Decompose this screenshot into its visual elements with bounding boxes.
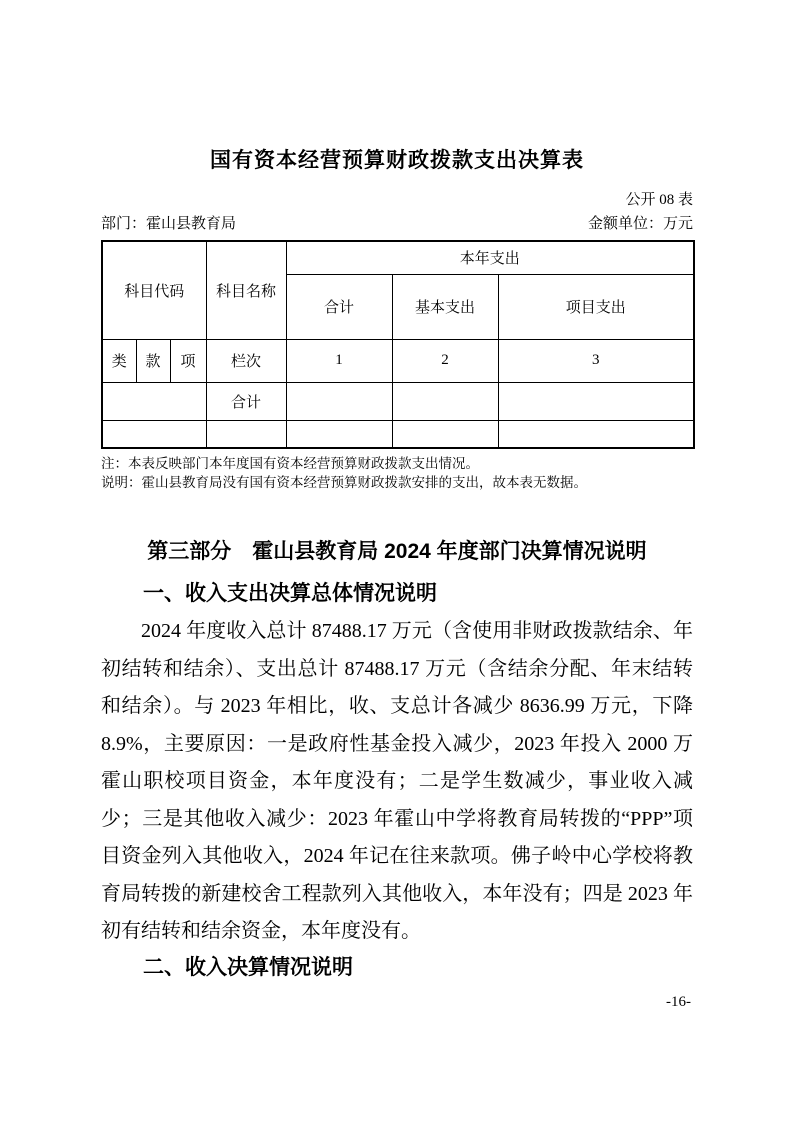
cell-code-total <box>102 382 206 420</box>
cell-project-empty <box>498 420 694 448</box>
table-row-empty <box>102 420 694 448</box>
section-heading-income-details: 二、收入决算情况说明 <box>101 953 693 983</box>
budget-expenditure-table: 科目代码 科目名称 本年支出 合计 基本支出 项目支出 类 款 项 栏次 1 2… <box>101 240 695 449</box>
table-lane-row: 类 款 项 栏次 1 2 3 <box>102 339 694 382</box>
table-title: 国有资本经营预算财政拨款支出决算表 <box>101 146 693 174</box>
cell-basic-value <box>392 382 498 420</box>
table-header-row-1: 科目代码 科目名称 本年支出 <box>102 241 694 274</box>
page-content: 国有资本经营预算财政拨款支出决算表 公开 08 表 部门：霍山县教育局 金额单位… <box>101 0 693 983</box>
header-basic-expenditure: 基本支出 <box>392 274 498 339</box>
header-project-expenditure: 项目支出 <box>498 274 694 339</box>
table-row-total: 合计 <box>102 382 694 420</box>
cell-project-value <box>498 382 694 420</box>
cell-total-empty <box>286 420 392 448</box>
document-page: 国有资本经营预算财政拨款支出决算表 公开 08 表 部门：霍山县教育局 金额单位… <box>0 0 793 1122</box>
table-remark-line: 说明：霍山县教育局没有国有资本经营预算财政拨款安排的支出，故本表无数据。 <box>101 474 693 493</box>
table-meta-row: 部门：霍山县教育局 金额单位：万元 <box>101 215 693 233</box>
header-subject-name: 科目名称 <box>206 241 286 339</box>
header-subject-code: 科目代码 <box>102 241 206 339</box>
section-heading-income-expenditure-overview: 一、收入支出决算总体情况说明 <box>101 579 693 609</box>
table-note-line: 注：本表反映部门本年度国有资本经营预算财政拨款支出情况。 <box>101 455 693 474</box>
lane-cell-col-1: 1 <box>286 339 392 382</box>
page-number: -16- <box>666 993 691 1011</box>
header-current-year-expenditure: 本年支出 <box>286 241 694 274</box>
department-label: 部门：霍山县教育局 <box>101 215 236 233</box>
table-notes: 注：本表反映部门本年度国有资本经营预算财政拨款支出情况。 说明：霍山县教育局没有… <box>101 455 693 492</box>
overview-paragraph: 2024 年度收入总计 87488.17 万元（含使用非财政拨款结余、年初结转和… <box>101 613 693 951</box>
cell-name-empty <box>206 420 286 448</box>
cell-name-total: 合计 <box>206 382 286 420</box>
lane-cell-column-label: 栏次 <box>206 339 286 382</box>
public-table-number: 公开 08 表 <box>101 191 693 209</box>
cell-code-empty <box>102 420 206 448</box>
lane-cell-col-2: 2 <box>392 339 498 382</box>
lane-cell-item: 项 <box>170 339 206 382</box>
cell-basic-empty <box>392 420 498 448</box>
lane-cell-section: 款 <box>136 339 170 382</box>
lane-cell-category: 类 <box>102 339 136 382</box>
header-total: 合计 <box>286 274 392 339</box>
cell-total-value <box>286 382 392 420</box>
lane-cell-col-3: 3 <box>498 339 694 382</box>
part-three-heading: 第三部分 霍山县教育局 2024 年度部门决算情况说明 <box>101 537 693 567</box>
amount-unit-label: 金额单位：万元 <box>588 215 693 233</box>
